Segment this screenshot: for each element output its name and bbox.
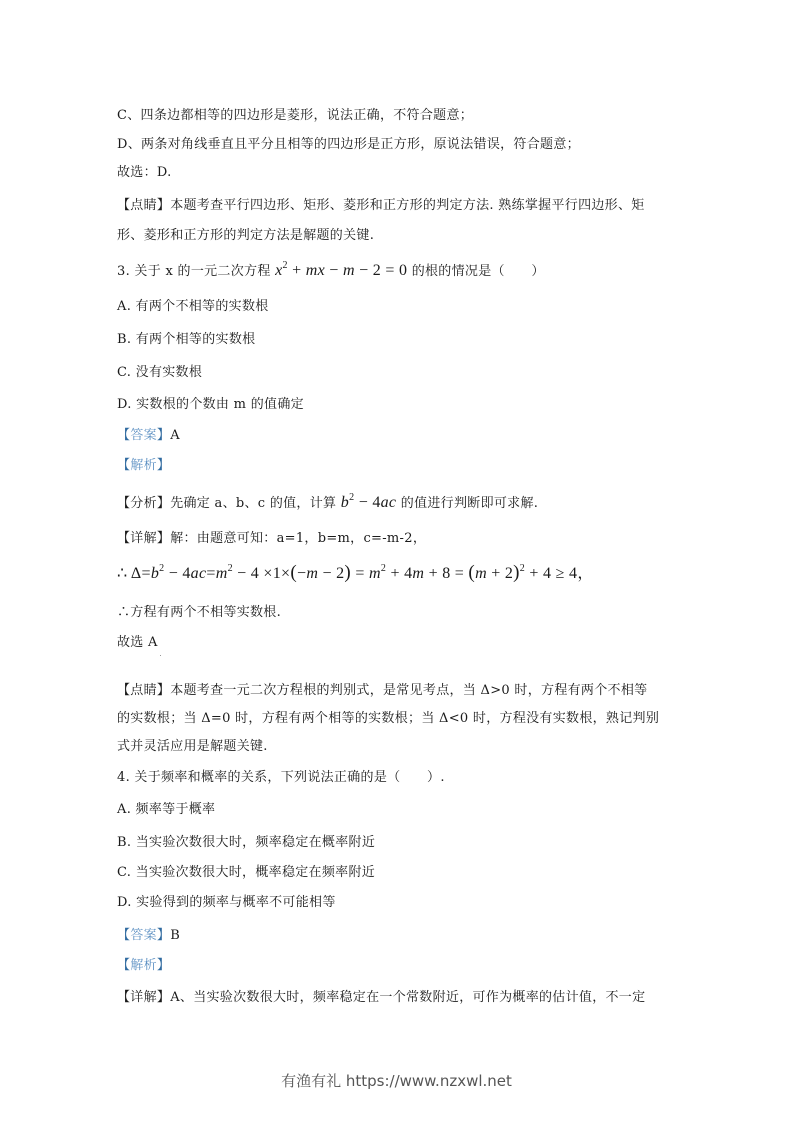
prev-choice: 故选：D. [117,165,172,181]
derivation-formula: ∴ Δ=b2 − 4ac=m2 − 4 ×1×(−m − 2) = m2 + 4… [117,565,594,582]
prev-option-d: D、两条对角线垂直且平分且相等的四边形是正方形，原说法错误，符合题意； [117,137,580,153]
prev-option-c: C、四条边都相等的四边形是菱形，说法正确，不符合题意； [117,108,473,124]
comment-tag: 【点睛】 [117,198,170,213]
q4-option-d: D. 实验得到的频率与概率不可能相等 [117,895,336,911]
prev-comment-line2: 形、菱形和正方形的判定方法是解题的关键. [117,228,374,244]
stray-dot [160,655,161,656]
q3-fenxi: 【分析】先确定 a、b、c 的值，计算 b2 − 4ac 的值进行判断即可求解. [117,495,538,512]
q4-stem: 4. 关于频率和概率的关系，下列说法正确的是（ ）. [117,770,445,786]
discriminant-expr: b2 − 4ac [341,494,397,511]
q3-choice: 故选 A [117,635,158,651]
q3-analysis-heading: 【解析】 [117,458,170,474]
answer-tag: 【答案】 [117,428,170,443]
q3-comment-line1: 【点睛】本题考查一元二次方程根的判别式，是常见考点，当 Δ>0 时，方程有两个不… [117,683,647,699]
comment-tag: 【点睛】 [117,683,170,698]
q3-conclusion: ∴方程有两个不相等实数根. [117,605,281,621]
q3-derivation: ∴ Δ=b2 − 4ac=m2 − 4 ×1×(−m − 2) = m2 + 4… [117,565,594,583]
q4-detail: 【详解】A、当实验次数很大时，频率稳定在一个常数附近，可作为概率的估计值，不一定 [117,990,645,1006]
q3-stem: 3. 关于 x 的一元二次方程 x2 + mx − m − 2 = 0 的根的情… [117,263,545,280]
prev-comment-line1: 【点睛】本题考查平行四边形、矩形、菱形和正方形的判定方法. 熟练掌握平行四边形、… [117,198,645,214]
q3-equation: x2 + mx − m − 2 = 0 [275,262,407,279]
q4-option-b: B. 当实验次数很大时，频率稳定在概率附近 [117,835,375,851]
q4-option-c: C. 当实验次数很大时，概率稳定在频率附近 [117,865,375,881]
q3-option-a: A. 有两个不相等的实数根 [117,299,269,315]
q3-stem-prefix: 3. 关于 x 的一元二次方程 [117,264,271,279]
detail-tag: 【详解】 [117,990,170,1005]
fenxi-tag: 【分析】 [117,496,170,511]
q3-option-c: C. 没有实数根 [117,365,202,381]
analysis-tag: 【解析】 [117,458,170,473]
q4-analysis-heading: 【解析】 [117,958,170,974]
q3-option-d: D. 实数根的个数由 m 的值确定 [117,397,304,413]
q3-comment-line2: 的实数根；当 Δ=0 时，方程有两个相等的实数根；当 Δ<0 时，方程没有实数根… [117,711,659,727]
analysis-tag: 【解析】 [117,958,170,973]
answer-value: A [170,428,180,443]
answer-value: B [170,928,180,943]
q3-stem-suffix: 的根的情况是（ ） [412,264,545,279]
q3-detail: 【详解】解：由题意可知：a=1，b=m，c=-m-2， [117,531,426,547]
q4-answer: 【答案】B [117,928,180,944]
detail-tag: 【详解】 [117,531,170,546]
q3-comment-line3: 式并灵活应用是解题关键. [117,739,268,755]
answer-tag: 【答案】 [117,928,170,943]
q4-option-a: A. 频率等于概率 [117,802,215,818]
comment-text: 本题考查平行四边形、矩形、菱形和正方形的判定方法. 熟练掌握平行四边形、矩 [170,198,644,213]
footer-watermark: 有渔有礼 https://www.nzxwl.net [0,1070,793,1091]
q3-answer: 【答案】A [117,428,180,444]
q3-option-b: B. 有两个相等的实数根 [117,332,255,348]
